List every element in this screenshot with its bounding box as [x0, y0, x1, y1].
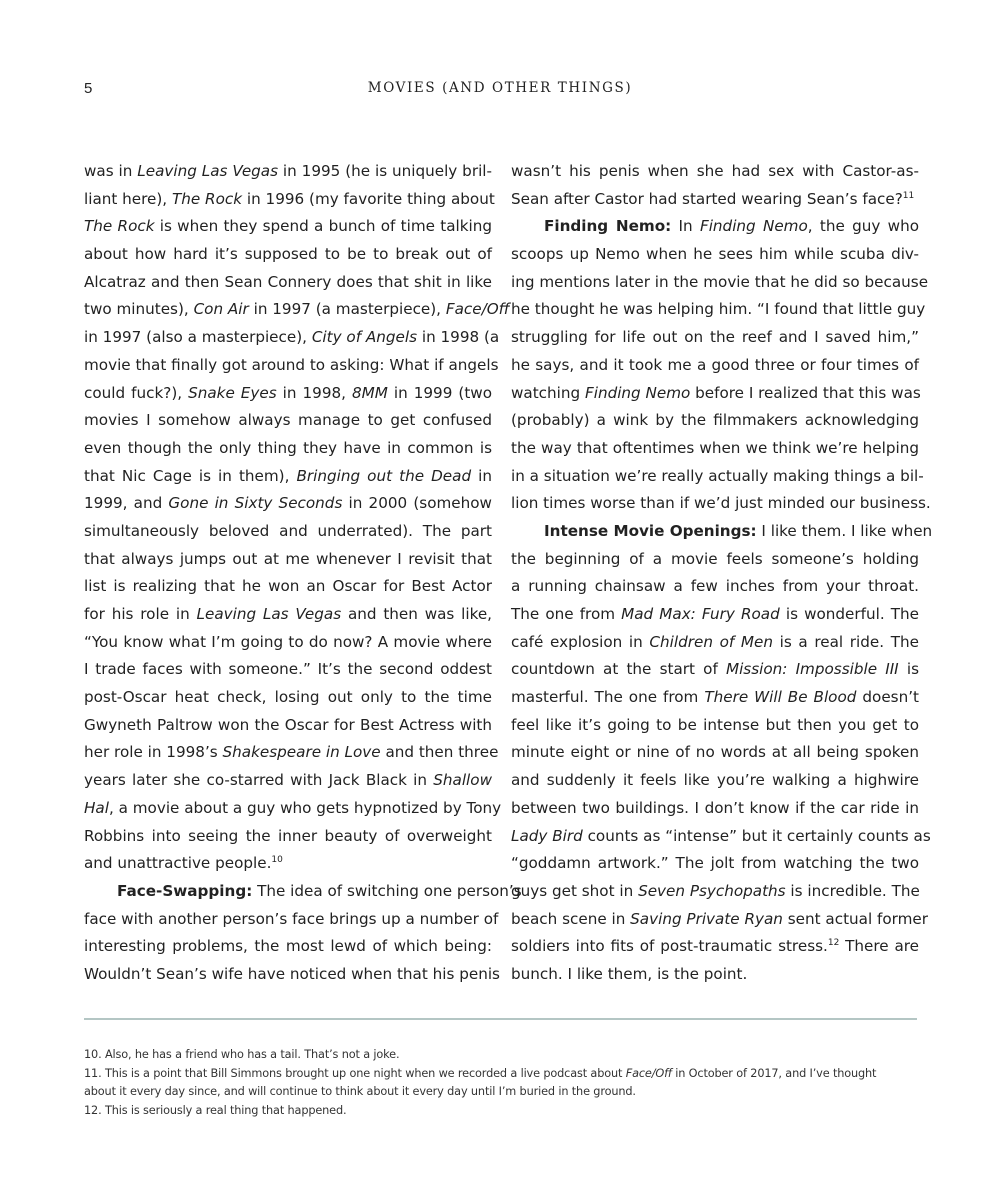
- text-run: beach scene in: [511, 910, 630, 928]
- text-line: wasn’t his penis when she had sex with C…: [511, 158, 919, 186]
- text-run: the way that oftentimes when we think we…: [511, 439, 919, 457]
- text-run: movie that finally got around to asking:…: [84, 356, 499, 374]
- text-run: is when they spend a bunch of time talki…: [155, 217, 493, 235]
- text-line: 1999, and Gone in Sixty Seconds in 2000 …: [84, 490, 492, 518]
- text-run: interesting problems, the most lewd of w…: [84, 937, 492, 955]
- text-line: “You know what I’m going to do now? A mo…: [84, 629, 492, 657]
- text-run: doesn’t: [856, 688, 919, 706]
- text-line: café explosion in Children of Men is a r…: [511, 629, 919, 657]
- text-run: , the guy who: [808, 217, 919, 235]
- text-line: that Nic Cage is in them), Bringing out …: [84, 463, 492, 491]
- text-run: years later she co-starred with Jack Bla…: [84, 771, 433, 789]
- title-italic: Children of Men: [649, 633, 773, 651]
- title-italic: City of Angels: [312, 328, 417, 346]
- text-line: he says, and it took me a good three or …: [511, 352, 919, 380]
- text-run: I trade faces with someone.” It’s the se…: [84, 660, 492, 678]
- text-line: even though the only thing they have in …: [84, 435, 492, 463]
- footnote-line: 11. This is a point that Bill Simmons br…: [84, 1065, 924, 1084]
- footnotes: 10. Also, he has a friend who has a tail…: [84, 1046, 924, 1120]
- text-line: interesting problems, the most lewd of w…: [84, 933, 492, 961]
- footnote-line: 12. This is seriously a real thing that …: [84, 1102, 924, 1121]
- text-run: The idea of switching one person’s: [252, 882, 521, 900]
- text-run: he thought he was helping him. “I found …: [511, 300, 925, 318]
- text-line: could fuck?), Snake Eyes in 1998, 8MM in…: [84, 380, 492, 408]
- text-run: liant here),: [84, 190, 172, 208]
- text-line: simultaneously beloved and underrated). …: [84, 518, 492, 546]
- text-run: in 1999 (two: [388, 384, 492, 402]
- text-run: between two buildings. I don’t know if t…: [511, 799, 919, 817]
- text-run: could fuck?),: [84, 384, 188, 402]
- text-run: is incredible. The: [786, 882, 920, 900]
- text-run: guys get shot in: [511, 882, 638, 900]
- text-line: in 1997 (also a masterpiece), City of An…: [84, 324, 492, 352]
- text-run: 1999, and: [84, 494, 168, 512]
- text-line: Sean after Castor had started wearing Se…: [511, 186, 919, 214]
- title-italic: Shallow: [433, 771, 492, 789]
- title-italic: Lady Bird: [511, 827, 583, 845]
- section-heading: Face-Swapping:: [117, 882, 252, 900]
- text-run: in a situation we’re really actually mak…: [511, 467, 924, 485]
- title-italic: The Rock: [84, 217, 155, 235]
- footnote-line: about it every day since, and will conti…: [84, 1083, 924, 1102]
- text-line: about how hard it’s supposed to be to br…: [84, 241, 492, 269]
- title-italic: There Will Be Blood: [704, 688, 856, 706]
- text-line: ing mentions later in the movie that he …: [511, 269, 919, 297]
- text-run: about it every day since, and will conti…: [84, 1085, 636, 1098]
- text-line: Lady Bird counts as “intense” but it cer…: [511, 823, 919, 851]
- title-italic: Finding Nemo: [700, 217, 808, 235]
- title-italic: Finding Nemo: [585, 384, 690, 402]
- text-run: and suddenly it feels like you’re walkin…: [511, 771, 919, 789]
- text-line: scoops up Nemo when he sees him while sc…: [511, 241, 919, 269]
- text-run: Alcatraz and then Sean Connery does that…: [84, 273, 492, 291]
- text-line: the way that oftentimes when we think we…: [511, 435, 919, 463]
- title-italic: Seven Psychopaths: [638, 882, 786, 900]
- text-run: for his role in: [84, 605, 197, 623]
- text-line: I trade faces with someone.” It’s the se…: [84, 656, 492, 684]
- text-run: café explosion in: [511, 633, 649, 651]
- text-line: lion times worse than if we’d just minde…: [511, 490, 919, 518]
- text-line: “goddamn artwork.” The jolt from watchin…: [511, 850, 919, 878]
- text-line: for his role in Leaving Las Vegas and th…: [84, 601, 492, 629]
- text-run: masterful. The one from: [511, 688, 704, 706]
- text-run: , a movie about a guy who gets hypnotize…: [109, 799, 501, 817]
- footnote-ref: 10: [271, 855, 282, 865]
- text-line: bunch. I like them, is the point.: [511, 961, 919, 989]
- text-run: 10. Also, he has a friend who has a tail…: [84, 1048, 399, 1061]
- text-run: scoops up Nemo when he sees him while sc…: [511, 245, 919, 263]
- text-run: in 1995 (he is uniquely bril-: [278, 162, 492, 180]
- text-line: Robbins into seeing the inner beauty of …: [84, 823, 492, 851]
- text-line: Wouldn’t Sean’s wife have noticed when t…: [84, 961, 492, 989]
- body-column-left: was in Leaving Las Vegas in 1995 (he is …: [84, 158, 492, 989]
- text-line: and unattractive people.10: [84, 850, 492, 878]
- text-run: minute eight or nine of no words at all …: [511, 743, 919, 761]
- text-run: watching: [511, 384, 585, 402]
- text-run: The one from: [511, 605, 621, 623]
- text-run: in 1998 (a: [417, 328, 499, 346]
- text-line: soldiers into fits of post-traumatic str…: [511, 933, 919, 961]
- text-run: and unattractive people.: [84, 854, 271, 872]
- text-line: movie that finally got around to asking:…: [84, 352, 492, 380]
- text-run: in 1998,: [277, 384, 352, 402]
- title-italic: Leaving Las Vegas: [137, 162, 278, 180]
- text-run: soldiers into fits of post-traumatic str…: [511, 937, 828, 955]
- text-run: is wonderful. The: [780, 605, 919, 623]
- text-run: 12. This is seriously a real thing that …: [84, 1104, 346, 1117]
- text-line: in a situation we’re really actually mak…: [511, 463, 919, 491]
- text-run: a running chainsaw a few inches from you…: [511, 577, 919, 595]
- text-run: and then was like,: [341, 605, 492, 623]
- title-italic: Saving Private Ryan: [630, 910, 783, 928]
- text-run: he says, and it took me a good three or …: [511, 356, 919, 374]
- text-line: beach scene in Saving Private Ryan sent …: [511, 906, 919, 934]
- text-line: he thought he was helping him. “I found …: [511, 296, 919, 324]
- footnote-ref: 11: [903, 191, 914, 201]
- section-heading: Intense Movie Openings:: [544, 522, 757, 540]
- text-run: sent actual former: [783, 910, 928, 928]
- text-run: is a real ride. The: [773, 633, 919, 651]
- text-run: face with another person’s face brings u…: [84, 910, 498, 928]
- text-line: between two buildings. I don’t know if t…: [511, 795, 919, 823]
- text-line: face with another person’s face brings u…: [84, 906, 492, 934]
- text-run: is: [899, 660, 919, 678]
- title-italic: Mission: Impossible III: [726, 660, 899, 678]
- text-run: counts as “intense” but it certainly cou…: [583, 827, 931, 845]
- text-run: There are: [839, 937, 919, 955]
- title-italic: 8MM: [352, 384, 388, 402]
- text-run: in 2000 (somehow: [342, 494, 492, 512]
- text-run: Sean after Castor had started wearing Se…: [511, 190, 903, 208]
- text-run: 11. This is a point that Bill Simmons br…: [84, 1067, 626, 1080]
- text-run: list is realizing that he won an Oscar f…: [84, 577, 492, 595]
- text-run: in: [471, 467, 492, 485]
- text-line: years later she co-starred with Jack Bla…: [84, 767, 492, 795]
- title-italic: Mad Max: Fury Road: [621, 605, 780, 623]
- title-italic: Snake Eyes: [188, 384, 277, 402]
- title-italic: Hal: [84, 799, 109, 817]
- text-line: Gwyneth Paltrow won the Oscar for Best A…: [84, 712, 492, 740]
- text-line: Finding Nemo: In Finding Nemo, the guy w…: [511, 213, 919, 241]
- text-line: (probably) a wink by the filmmakers ackn…: [511, 407, 919, 435]
- text-line: the beginning of a movie feels someone’s…: [511, 546, 919, 574]
- footnote-ref: 12: [828, 938, 839, 948]
- text-run: I like them. I like when: [757, 522, 933, 540]
- text-line: list is realizing that he won an Oscar f…: [84, 573, 492, 601]
- text-run: Gwyneth Paltrow won the Oscar for Best A…: [84, 716, 492, 734]
- text-run: in 1997 (also a masterpiece),: [84, 328, 312, 346]
- text-line: countdown at the start of Mission: Impos…: [511, 656, 919, 684]
- text-run: “You know what I’m going to do now? A mo…: [84, 633, 492, 651]
- text-line: minute eight or nine of no words at all …: [511, 739, 919, 767]
- text-run: ing mentions later in the movie that he …: [511, 273, 928, 291]
- text-line: two minutes), Con Air in 1997 (a masterp…: [84, 296, 492, 324]
- text-run: simultaneously beloved and underrated). …: [84, 522, 492, 540]
- text-line: her role in 1998’s Shakespeare in Love a…: [84, 739, 492, 767]
- title-italic: Con Air: [194, 300, 249, 318]
- text-run: countdown at the start of: [511, 660, 726, 678]
- text-line: Face-Swapping: The idea of switching one…: [84, 878, 492, 906]
- text-run: feel like it’s going to be intense but t…: [511, 716, 919, 734]
- text-line: guys get shot in Seven Psychopaths is in…: [511, 878, 919, 906]
- text-run: “goddamn artwork.” The jolt from watchin…: [511, 854, 919, 872]
- text-run: before I realized that this was: [690, 384, 920, 402]
- title-italic: Face/Off: [446, 300, 510, 318]
- text-line: The one from Mad Max: Fury Road is wonde…: [511, 601, 919, 629]
- text-run: two minutes),: [84, 300, 194, 318]
- text-line: was in Leaving Las Vegas in 1995 (he is …: [84, 158, 492, 186]
- text-line: Alcatraz and then Sean Connery does that…: [84, 269, 492, 297]
- text-run: Wouldn’t Sean’s wife have noticed when t…: [84, 965, 500, 983]
- text-run: (probably) a wink by the filmmakers ackn…: [511, 411, 919, 429]
- text-line: a running chainsaw a few inches from you…: [511, 573, 919, 601]
- section-heading: Finding Nemo:: [544, 217, 671, 235]
- text-run: even though the only thing they have in …: [84, 439, 492, 457]
- text-line: movies I somehow always manage to get co…: [84, 407, 492, 435]
- text-line: liant here), The Rock in 1996 (my favori…: [84, 186, 492, 214]
- text-run: movies I somehow always manage to get co…: [84, 411, 492, 429]
- text-run: post-Oscar heat check, losing out only t…: [84, 688, 492, 706]
- title-italic: Leaving Las Vegas: [197, 605, 342, 623]
- text-run: struggling for life out on the reef and …: [511, 328, 919, 346]
- text-line: and suddenly it feels like you’re walkin…: [511, 767, 919, 795]
- text-run: that Nic Cage is in them),: [84, 467, 296, 485]
- title-italic: Face/Off: [626, 1067, 672, 1080]
- text-run: Robbins into seeing the inner beauty of …: [84, 827, 492, 845]
- title-italic: Gone in Sixty Seconds: [168, 494, 342, 512]
- text-line: masterful. The one from There Will Be Bl…: [511, 684, 919, 712]
- text-line: watching Finding Nemo before I realized …: [511, 380, 919, 408]
- footnote-divider: [84, 1018, 917, 1020]
- title-italic: Bringing out the Dead: [296, 467, 471, 485]
- text-line: Hal, a movie about a guy who gets hypnot…: [84, 795, 492, 823]
- title-italic: The Rock: [172, 190, 242, 208]
- text-run: and then three: [381, 743, 499, 761]
- text-run: in 1996 (my favorite thing about: [242, 190, 495, 208]
- text-run: the beginning of a movie feels someone’s…: [511, 550, 919, 568]
- text-line: that always jumps out at me whenever I r…: [84, 546, 492, 574]
- text-run: In: [671, 217, 700, 235]
- text-line: struggling for life out on the reef and …: [511, 324, 919, 352]
- text-run: was in: [84, 162, 137, 180]
- text-run: her role in 1998’s: [84, 743, 223, 761]
- text-run: in 1997 (a masterpiece),: [249, 300, 446, 318]
- text-run: lion times worse than if we’d just minde…: [511, 494, 931, 512]
- text-run: wasn’t his penis when she had sex with C…: [511, 162, 919, 180]
- body-column-right: wasn’t his penis when she had sex with C…: [511, 158, 919, 989]
- text-line: post-Oscar heat check, losing out only t…: [84, 684, 492, 712]
- text-line: feel like it’s going to be intense but t…: [511, 712, 919, 740]
- footnote-line: 10. Also, he has a friend who has a tail…: [84, 1046, 924, 1065]
- text-run: that always jumps out at me whenever I r…: [84, 550, 492, 568]
- text-line: Intense Movie Openings: I like them. I l…: [511, 518, 919, 546]
- text-run: bunch. I like them, is the point.: [511, 965, 747, 983]
- text-run: about how hard it’s supposed to be to br…: [84, 245, 492, 263]
- title-italic: Shakespeare in Love: [223, 743, 381, 761]
- text-line: The Rock is when they spend a bunch of t…: [84, 213, 492, 241]
- text-run: in October of 2017, and I’ve thought: [672, 1067, 877, 1080]
- running-title: MOVIES (AND OTHER THINGS): [0, 80, 1000, 96]
